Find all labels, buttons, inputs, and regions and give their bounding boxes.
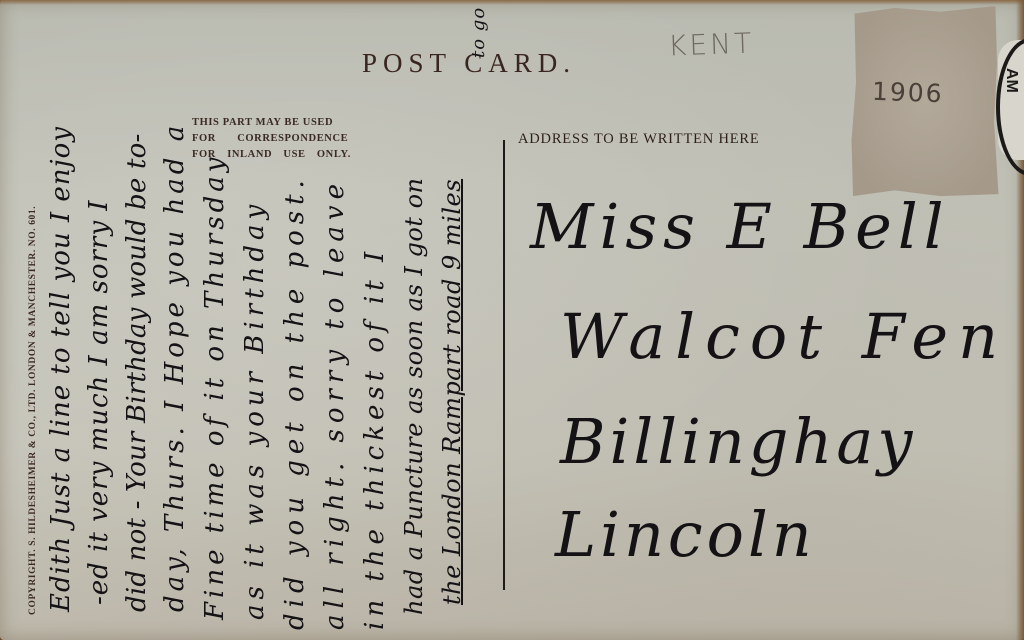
address-county: Lincoln <box>555 498 816 571</box>
message-line: did not - Your Birthday would be to- <box>122 134 152 612</box>
address-label: ADDRESS TO BE WRITTEN HERE <box>518 131 760 148</box>
inland-note-line: THIS PART MAY BE USED <box>192 115 351 131</box>
address-name: Miss E Bell <box>530 190 950 263</box>
postcard-back: POST CARD. KENT THIS PART MAY BE USED FO… <box>0 0 1024 640</box>
center-divider-line <box>503 140 505 590</box>
message-line: Fine time of it on Thursday <box>200 154 230 621</box>
card-edge-top <box>0 0 1024 5</box>
message-line: as it was your Birthday <box>240 200 270 620</box>
pencil-note-kent: KENT <box>667 27 754 63</box>
message-line: Edith Just a line to tell you I enjoy <box>46 126 76 612</box>
message-line: did you get on the post. <box>280 174 310 630</box>
message-line: all right. sorry to leave <box>320 178 350 630</box>
message-line: the London Rampart road 9 miles <box>438 179 466 605</box>
postmark-text: AM <box>1002 68 1020 93</box>
message-line: day, Thurs. I Hope you had a <box>160 122 190 612</box>
address-town: Billinghay <box>560 405 916 478</box>
copyright-line: COPYRIGHT. S. HILDESHEIMER & CO., LTD. L… <box>28 35 38 615</box>
message-corner-note: to go <box>468 7 489 58</box>
message-line: had a Puncture as soon as I got on <box>400 177 428 615</box>
inland-note-line: FOR CORRESPONDENCE <box>192 131 351 147</box>
message-line: in the thickest of it I <box>360 247 390 630</box>
message-line: -ed it very much I am sorry I <box>84 199 114 605</box>
pencil-year-note: 1906 <box>872 77 945 108</box>
address-street: Walcot Fen <box>560 300 1008 373</box>
